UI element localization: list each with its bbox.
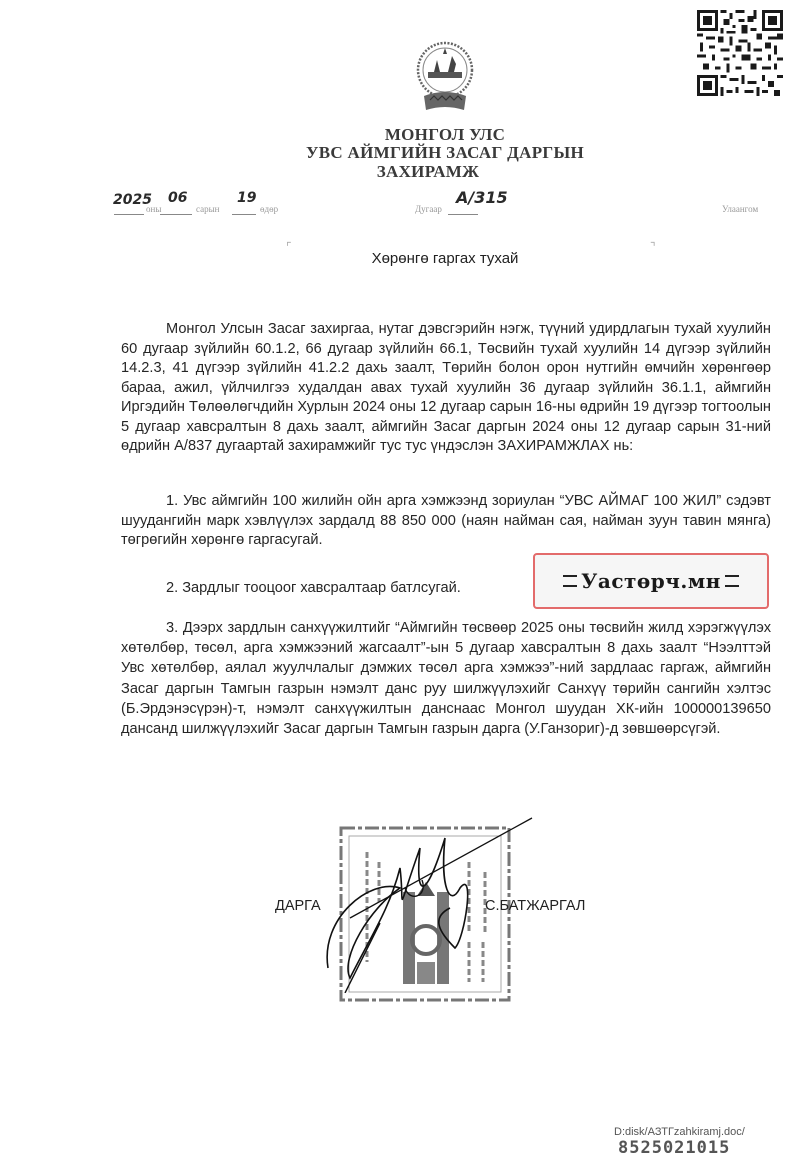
document-title: Хөрөнгө гаргах тухай xyxy=(0,250,800,267)
header-country: МОНГОЛ УЛС xyxy=(0,125,800,145)
order-item-2: 2. Зардлыг тооцоог хавсралтаар батлсугай… xyxy=(166,580,566,596)
month-line xyxy=(160,204,192,217)
news-site-watermark[interactable]: Уастөрч.мн xyxy=(533,553,769,609)
qr-code[interactable] xyxy=(697,10,783,96)
day-label: өдөр xyxy=(260,204,278,214)
number-label: Дугаар xyxy=(415,204,442,214)
order-item-1: 1. Увс аймгийн 100 жилийн ойн арга хэмжэ… xyxy=(121,492,771,551)
meta-row: 2025 оны 06 сарын 19 өдөр Дугаар А/315 У… xyxy=(0,192,800,222)
number-value: А/315 xyxy=(456,188,508,207)
header-authority: УВС АЙМГИЙН ЗАСАГ ДАРГЫН xyxy=(0,143,800,163)
signatory-title: ДАРГА xyxy=(275,898,321,914)
header-doc-type: ЗАХИРАМЖ xyxy=(0,162,800,182)
preamble-paragraph: Монгол Улсын Засаг захиргаа, нутаг дэвсг… xyxy=(121,320,771,457)
day-line xyxy=(232,204,256,217)
state-emblem-icon xyxy=(410,38,480,120)
year-line xyxy=(114,204,144,217)
wing-right-icon xyxy=(725,575,739,587)
signatory-name: С.БАТЖАРГАЛ xyxy=(485,898,585,914)
month-label: сарын xyxy=(196,204,219,214)
file-path: D:disk/АЗТГzahkiramj.doc/ xyxy=(614,1126,745,1138)
serial-number: 8525021015 xyxy=(618,1138,730,1158)
watermark-text: Уастөрч.мн xyxy=(581,569,721,593)
wing-left-icon xyxy=(563,575,577,587)
order-item-3: 3. Дээрх зардлын санхүүжилтийг “Аймгийн … xyxy=(121,618,771,739)
place-label: Улаангом xyxy=(722,204,758,214)
